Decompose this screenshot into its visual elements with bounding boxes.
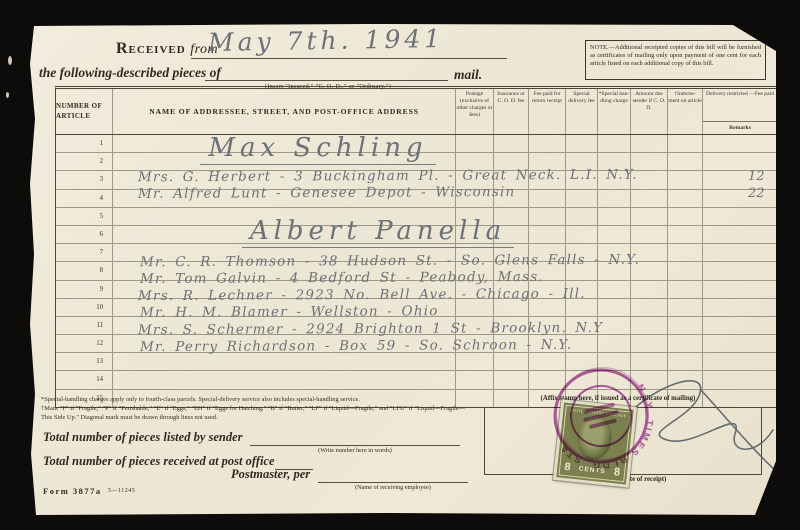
empty-cell <box>566 226 598 243</box>
empty-cell <box>703 335 777 352</box>
empty-cell <box>703 281 777 298</box>
empty-cell <box>494 353 529 370</box>
empty-cell <box>598 226 631 243</box>
empty-cell <box>598 190 631 207</box>
pieces-of-label: the following-described pieces of <box>39 65 221 81</box>
footnotes: *Special-handling charges apply only to … <box>41 396 465 423</box>
empty-cell <box>598 299 631 316</box>
handwritten-sender-group-1: Max Schling <box>178 133 458 163</box>
empty-cell <box>668 171 703 188</box>
row-number: 13 <box>56 353 113 370</box>
empty-cell <box>703 226 777 243</box>
empty-cell <box>703 135 777 152</box>
row-number: 5 <box>56 208 113 225</box>
col-header-indorsement: †Indorse- ment on article <box>668 89 703 134</box>
col-header-amount-due: Amount due sender if C. O. D. <box>631 89 668 134</box>
empty-cell <box>566 135 598 152</box>
total-listed-blank-line <box>250 445 460 446</box>
postmaster-per-label: Postmaster, per <box>231 467 310 482</box>
empty-cell <box>631 190 668 207</box>
empty-cell <box>566 190 598 207</box>
row-number: 9 <box>56 281 113 298</box>
empty-cell <box>703 190 777 207</box>
empty-cell <box>631 226 668 243</box>
empty-cell <box>668 335 703 352</box>
empty-cell <box>703 317 777 334</box>
empty-cell <box>494 371 529 388</box>
empty-cell <box>668 244 703 261</box>
handwritten-entry: Mrs. S. Schermer - 2924 Brighton 1 St - … <box>138 320 603 338</box>
col-header-postage: Postage (exclusive of other charges or f… <box>456 89 494 134</box>
empty-cell <box>631 317 668 334</box>
handwritten-sender-group-2: Albert Panella <box>228 216 528 246</box>
handwritten-entry: Mrs. G. Herbert - 3 Buckingham Pl. - Gre… <box>138 167 638 186</box>
col-header-special-delivery: Special delivery fee <box>566 89 598 134</box>
write-number-hint: (Write number here in words) <box>250 447 460 454</box>
footnote-mark-codes: †Mark "F" if "Fragile," "P" if "Perishab… <box>41 405 465 422</box>
col-header-number-of-article: NUMBER OF ARTICLE <box>56 89 113 134</box>
row-number: 10 <box>56 299 113 316</box>
empty-cell <box>668 208 703 225</box>
sender-name: Max Schling <box>200 133 435 165</box>
empty-cell <box>703 171 777 188</box>
col-header-delivery-restricted: Delivery restricted —Fee paid Remarks <box>703 89 777 134</box>
row-number: 6 <box>56 226 113 243</box>
row-number: 1 <box>56 135 113 152</box>
footnote-special-handling: *Special-handling charges apply only to … <box>41 396 465 404</box>
empty-cell <box>529 208 566 225</box>
empty-cell <box>668 262 703 279</box>
scan-artifact <box>6 92 9 98</box>
row-number: 4 <box>56 190 113 207</box>
empty-cell <box>668 281 703 298</box>
row-number: 12 <box>56 335 113 352</box>
handwritten-entry: Mrs. R. Lechner - 2923 No. Bell Ave. - C… <box>138 286 586 304</box>
received-label: Received <box>116 40 186 57</box>
col-header-addressee: NAME OF ADDRESSEE, STREET, AND POST-OFFI… <box>113 89 456 134</box>
handwritten-remark: 22 <box>748 186 765 201</box>
received-from-label: Received from <box>116 40 218 58</box>
empty-cell <box>668 299 703 316</box>
empty-cell <box>703 153 777 170</box>
col-header-insurance: Insurance or C. O. D. fee <box>494 89 529 134</box>
empty-cell <box>598 208 631 225</box>
handwritten-remark: 12 <box>748 169 765 184</box>
handwritten-date: May 7th. 1941 <box>208 24 445 57</box>
row-number: 3 <box>56 171 113 188</box>
empty-cell <box>456 353 494 370</box>
empty-cell <box>668 190 703 207</box>
mail-label: mail. <box>454 67 482 83</box>
empty-cell <box>631 135 668 152</box>
empty-cell <box>668 317 703 334</box>
form-3877a-postal-receipt: Received from May 7th. 1941 the followin… <box>28 24 776 515</box>
mail-type-blank-line <box>205 80 448 81</box>
handwritten-entry: Mr. Tom Galvin - 4 Bedford St - Peabody,… <box>140 269 544 287</box>
empty-cell <box>631 281 668 298</box>
empty-cell <box>703 208 777 225</box>
delivery-restricted-label: Delivery restricted —Fee paid <box>703 89 777 121</box>
handwritten-entry: Mr. C. R. Thomson - 38 Hudson St. - So. … <box>140 252 640 271</box>
receiving-employee-hint: (Name of receiving employee) <box>318 484 468 491</box>
empty-cell <box>494 135 529 152</box>
sender-name: Albert Panella <box>242 216 514 248</box>
empty-cell <box>529 135 566 152</box>
empty-cell <box>631 299 668 316</box>
empty-cell <box>668 226 703 243</box>
empty-cell <box>456 135 494 152</box>
empty-cell <box>566 208 598 225</box>
handwritten-entry: Mr. H. M. Blamer - Wellston - Ohio <box>140 303 439 321</box>
postmaster-blank-line <box>318 482 468 483</box>
table-header-row: NUMBER OF ARTICLE NAME OF ADDRESSEE, STR… <box>56 89 777 135</box>
col-header-return-receipt: Fee paid for return receipt <box>529 89 566 134</box>
empty-cell <box>598 281 631 298</box>
note-box: NOTE.—Additional receipted copies of thi… <box>585 40 766 80</box>
handwritten-entry: Mr. Perry Richardson - Box 59 - So. Schr… <box>140 337 572 355</box>
row-number: 7 <box>56 244 113 261</box>
row-number: 8 <box>56 262 113 279</box>
empty-cell <box>598 135 631 152</box>
handwritten-entry: Mr. Alfred Lunt - Genesee Depot - Wiscon… <box>138 184 515 202</box>
row-number: 14 <box>56 371 113 388</box>
total-listed-label: Total number of pieces listed by sender <box>43 430 243 445</box>
form-number: Form 3877a <box>43 486 102 496</box>
empty-cell <box>703 299 777 316</box>
empty-cell <box>703 262 777 279</box>
row-number: 2 <box>56 153 113 170</box>
remarks-label: Remarks <box>703 121 777 134</box>
print-code: 5—11245 <box>108 488 135 494</box>
col-header-special-handling: *Special han- dling charge <box>598 89 631 134</box>
empty-cell <box>113 371 456 388</box>
empty-cell <box>668 135 703 152</box>
date-blank-line <box>191 58 507 59</box>
row-number: 11 <box>56 317 113 334</box>
empty-cell <box>456 371 494 388</box>
empty-cell <box>529 190 566 207</box>
empty-cell <box>529 226 566 243</box>
scan-artifact <box>8 56 12 65</box>
empty-cell <box>668 153 703 170</box>
empty-cell <box>703 244 777 261</box>
empty-cell <box>113 353 456 370</box>
empty-cell <box>631 208 668 225</box>
